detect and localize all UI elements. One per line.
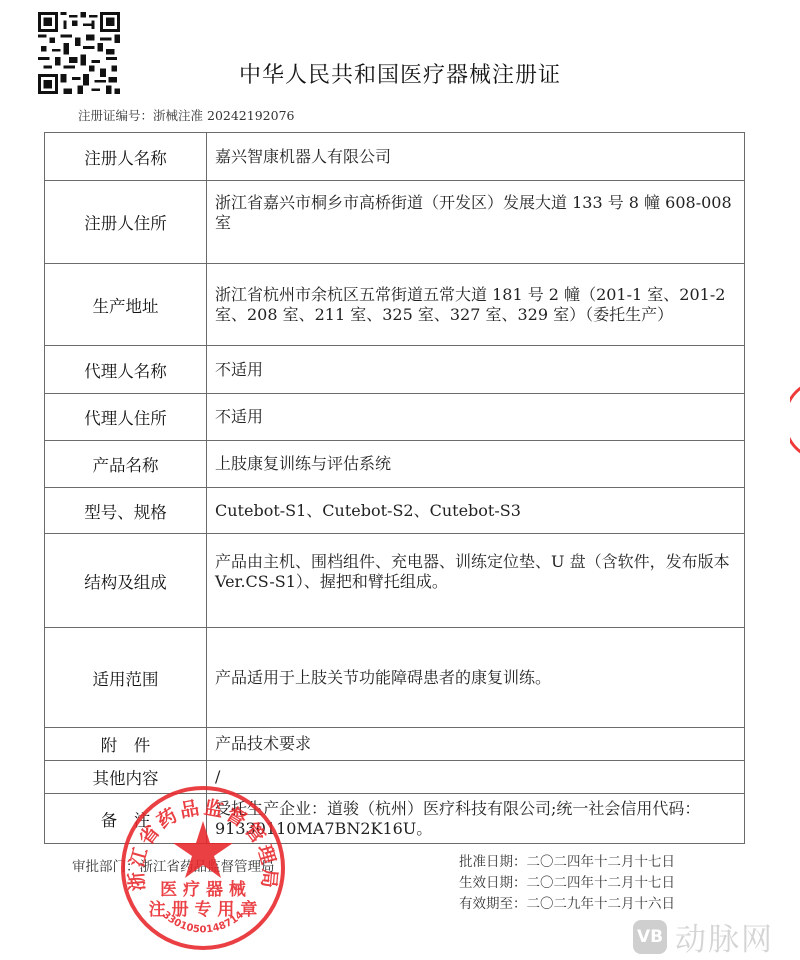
watermark-text: 动脉网 xyxy=(675,914,774,959)
row-value: / xyxy=(207,761,745,794)
row-label: 备 注 xyxy=(45,794,207,844)
watermark: VB 动脉网 xyxy=(633,914,774,959)
row-label: 代理人名称 xyxy=(45,346,207,394)
partial-seal-icon xyxy=(790,385,800,455)
row-value: 不适用 xyxy=(207,394,745,441)
registration-number: 注册证编号：浙械注准 20242192076 xyxy=(78,106,294,124)
row-value: 产品技术要求 xyxy=(207,728,745,761)
row-label: 注册人住所 xyxy=(45,181,207,264)
table-row: 代理人住所 不适用 xyxy=(45,394,745,441)
document-title: 中华人民共和国医疗器械注册证 xyxy=(0,58,800,89)
approval-department: 审批部门：浙江省药品监督管理局 xyxy=(72,855,275,875)
row-value: Cutebot-S1、Cutebot-S2、Cutebot-S3 xyxy=(207,488,745,534)
seal-inner-line2: 注 册 专 用 章 xyxy=(149,899,258,920)
row-value: 产品适用于上肢关节功能障碍患者的康复训练。 xyxy=(207,628,745,728)
table-row: 产品名称 上肢康复训练与评估系统 xyxy=(45,441,745,488)
row-value: 浙江省嘉兴市桐乡市高桥街道（开发区）发展大道 133 号 8 幢 608-008… xyxy=(207,181,745,264)
row-value: 浙江省杭州市余杭区五常街道五常大道 181 号 2 幢（201-1 室、201-… xyxy=(207,264,745,346)
table-row: 生产地址 浙江省杭州市余杭区五常街道五常大道 181 号 2 幢（201-1 室… xyxy=(45,264,745,346)
table-row: 代理人名称 不适用 xyxy=(45,346,745,394)
row-value: 受托生产企业：道骏（杭州）医疗科技有限公司;统一社会信用代码：91330110M… xyxy=(207,794,745,844)
table-row: 备 注 受托生产企业：道骏（杭州）医疗科技有限公司;统一社会信用代码：91330… xyxy=(45,794,745,844)
row-label: 附 件 xyxy=(45,728,207,761)
row-label: 代理人住所 xyxy=(45,394,207,441)
table-row: 型号、规格 Cutebot-S1、Cutebot-S2、Cutebot-S3 xyxy=(45,488,745,534)
row-value: 上肢康复训练与评估系统 xyxy=(207,441,745,488)
registration-number-label: 注册证编号： xyxy=(78,108,153,123)
row-value: 不适用 xyxy=(207,346,745,394)
row-label: 注册人名称 xyxy=(45,133,207,181)
expiry-date: 有效期至：二〇二九年十二月十六日 xyxy=(459,894,675,915)
watermark-logo-icon: VB xyxy=(633,920,667,954)
table-row: 注册人名称 嘉兴智康机器人有限公司 xyxy=(45,133,745,181)
table-row: 附 件 产品技术要求 xyxy=(45,728,745,761)
row-label: 其他内容 xyxy=(45,761,207,794)
row-label: 生产地址 xyxy=(45,264,207,346)
registration-number-value: 浙械注准 20242192076 xyxy=(153,108,294,123)
table-row: 注册人住所 浙江省嘉兴市桐乡市高桥街道（开发区）发展大道 133 号 8 幢 6… xyxy=(45,181,745,264)
row-value: 产品由主机、围档组件、充电器、训练定位垫、U 盘（含软件，发布版本 Ver.CS… xyxy=(207,534,745,628)
effective-date: 生效日期：二〇二四年十二月十七日 xyxy=(459,873,675,894)
seal-code: 3301050148714 xyxy=(160,910,246,936)
certificate-table: 注册人名称 嘉兴智康机器人有限公司 注册人住所 浙江省嘉兴市桐乡市高桥街道（开发… xyxy=(44,132,745,844)
row-label: 结构及组成 xyxy=(45,534,207,628)
date-block: 批准日期：二〇二四年十二月十七日 生效日期：二〇二四年十二月十七日 有效期至：二… xyxy=(459,852,675,915)
approval-date: 批准日期：二〇二四年十二月十七日 xyxy=(459,852,675,873)
seal-inner-line1: 医 疗 器 械 xyxy=(160,879,247,900)
row-value: 嘉兴智康机器人有限公司 xyxy=(207,133,745,181)
row-label: 适用范围 xyxy=(45,628,207,728)
row-label: 产品名称 xyxy=(45,441,207,488)
row-label: 型号、规格 xyxy=(45,488,207,534)
table-row: 结构及组成 产品由主机、围档组件、充电器、训练定位垫、U 盘（含软件，发布版本 … xyxy=(45,534,745,628)
table-row: 适用范围 产品适用于上肢关节功能障碍患者的康复训练。 xyxy=(45,628,745,728)
table-row: 其他内容 / xyxy=(45,761,745,794)
svg-text:3301050148714: 3301050148714 xyxy=(160,910,246,936)
